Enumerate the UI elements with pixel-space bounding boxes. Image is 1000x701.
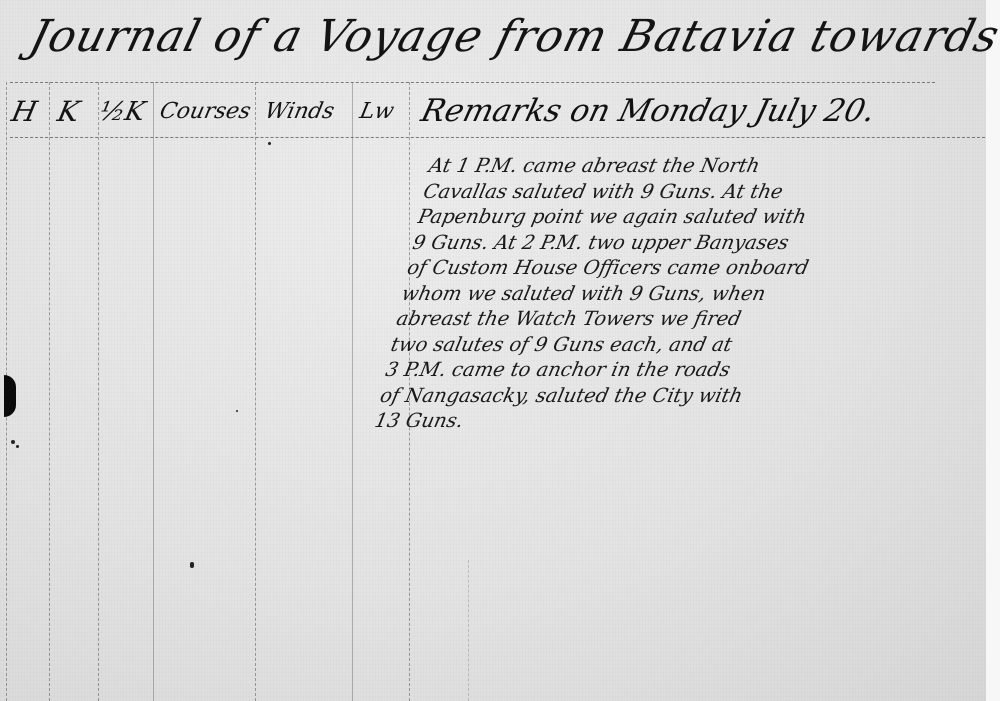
remarks-line: 9 Guns. At 2 P.M. two upper Banyases xyxy=(410,230,955,256)
remarks-heading: Remarks on Monday July 20. xyxy=(416,88,880,134)
remarks-entry: At 1 P.M. came abreast the North Cavalla… xyxy=(372,153,972,434)
column-rule xyxy=(352,82,353,701)
ink-speck xyxy=(16,445,19,448)
column-rule xyxy=(255,82,256,701)
remarks-line: 3 P.M. came to anchor in the roads xyxy=(383,357,928,383)
ink-speck xyxy=(190,562,194,568)
column-header-k: K xyxy=(54,92,83,132)
remarks-line: At 1 P.M. came abreast the North xyxy=(427,153,972,179)
ink-speck xyxy=(11,440,15,444)
column-header-courses: Courses xyxy=(156,92,255,132)
remarks-line: Papenburg point we again saluted with xyxy=(416,204,961,230)
ink-speck xyxy=(236,410,238,412)
remarks-line: of Custom House Officers came onboard xyxy=(405,255,950,281)
column-header-winds: Winds xyxy=(261,92,338,132)
column-header-half-k: ½K xyxy=(96,92,149,132)
column-rule xyxy=(98,82,99,701)
ink-speck xyxy=(268,142,271,145)
journal-page: Journal of a Voyage from Batavia towards… xyxy=(0,0,1000,701)
column-header-lw: Lw xyxy=(356,92,398,132)
column-rule xyxy=(153,82,154,701)
ink-blot xyxy=(4,375,16,417)
remarks-line: of Nangasacky, saluted the City with xyxy=(378,383,923,409)
journal-title: Journal of a Voyage from Batavia towards… xyxy=(22,2,999,72)
column-rule xyxy=(49,82,50,701)
remarks-line: abreast the Watch Towers we fired xyxy=(394,306,939,332)
column-rule xyxy=(468,560,469,701)
column-header-h: H xyxy=(8,92,41,132)
remarks-line: whom we saluted with 9 Guns, when xyxy=(399,281,944,307)
page-margin xyxy=(986,0,1000,701)
title-rule xyxy=(10,82,935,83)
remarks-line: 13 Guns. xyxy=(372,408,917,434)
header-rule xyxy=(10,137,985,138)
remarks-line: two salutes of 9 Guns each, and at xyxy=(389,332,934,358)
remarks-line: Cavallas saluted with 9 Guns. At the xyxy=(421,179,966,205)
